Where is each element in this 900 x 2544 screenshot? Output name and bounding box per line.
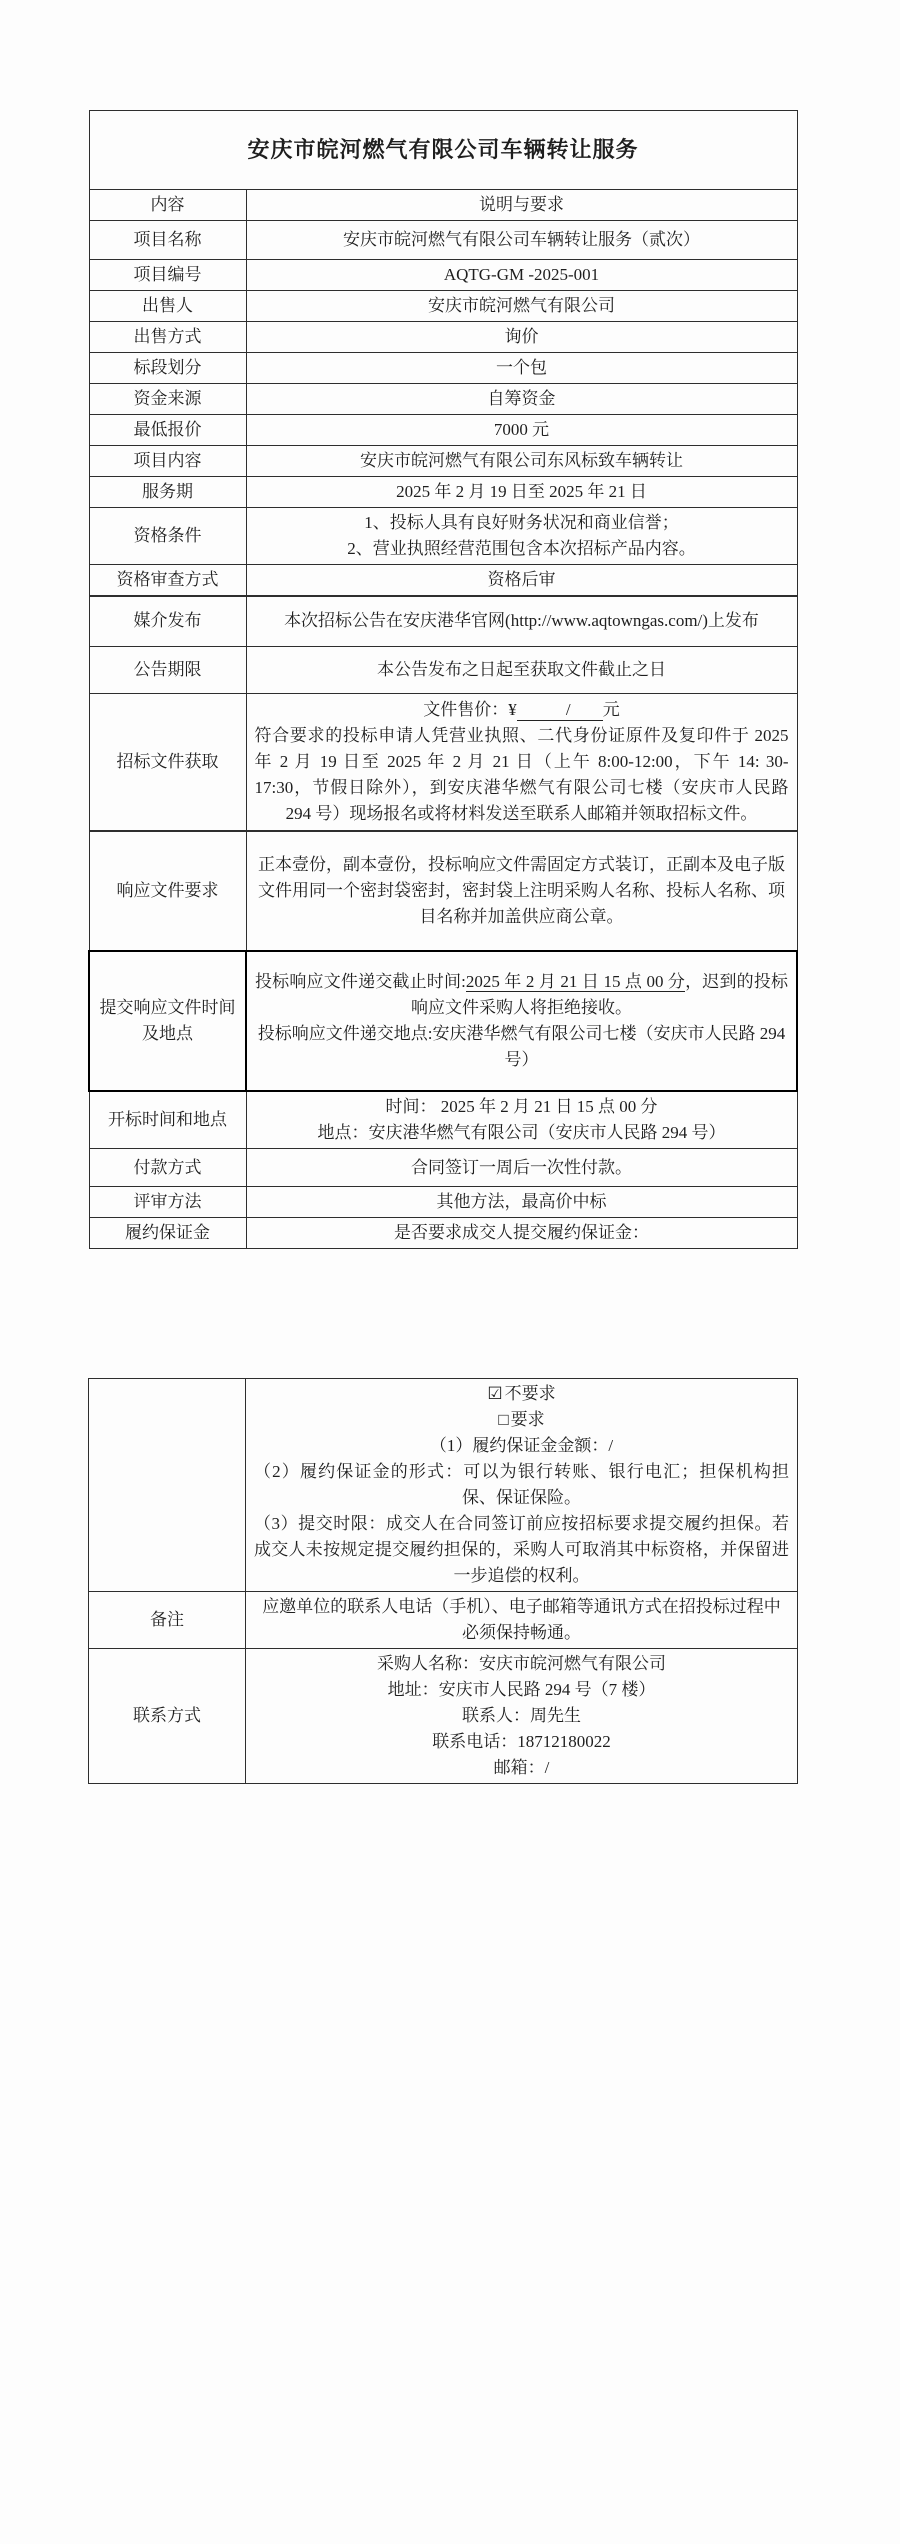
- deadline-prefix: 投标响应文件递交截止时间:: [255, 972, 466, 991]
- value-cell: 安庆市皖河燃气有限公司东风标致车辆转让: [246, 446, 797, 477]
- opening-value-cell: 时间： 2025 年 2 月 21 日 15 点 00 分 地点：安庆港华燃气有…: [246, 1091, 797, 1149]
- label-cell: 出售人: [89, 291, 246, 322]
- label-cell: 付款方式: [89, 1149, 246, 1187]
- row-notice-period: 公告期限 本公告发布之日起至获取文件截止之日: [89, 646, 797, 693]
- header-content-label: 内容: [89, 190, 246, 221]
- response-doc-paragraph: 正本壹份，副本壹份，投标响应文件需固定方式装订，正副本及电子版文件用同一个密封袋…: [246, 831, 797, 951]
- row-response-doc: 响应文件要求 正本壹份，副本壹份，投标响应文件需固定方式装订，正副本及电子版文件…: [89, 831, 797, 951]
- row-contact: 联系方式 采购人名称：安庆市皖河燃气有限公司 地址：安庆市人民路 294 号（7…: [89, 1649, 798, 1784]
- bond-not-required-option: ☑不要求: [254, 1381, 789, 1407]
- label-cell: 招标文件获取: [89, 693, 246, 831]
- label-cell: 履约保证金: [89, 1218, 246, 1249]
- value-cell: 安庆市皖河燃气有限公司: [246, 291, 797, 322]
- row-sale-method: 出售方式 询价: [89, 322, 797, 353]
- row-qualification-review: 资格审查方式 资格后审: [89, 565, 797, 597]
- publish-url-text: 本次招标公告在安庆港华官网(http://www.aqtowngas.com/)…: [246, 596, 797, 646]
- opening-location-line: 地点：安庆港华燃气有限公司（安庆市人民路 294 号）: [255, 1120, 789, 1146]
- bond-and-contact-table: ☑不要求 □要求 （1）履约保证金金额：/ （2）履约保证金的形式：可以为银行转…: [88, 1378, 798, 1784]
- label-cell: 响应文件要求: [89, 831, 246, 951]
- label-cell: 资金来源: [89, 384, 246, 415]
- label-cell: 联系方式: [89, 1649, 246, 1784]
- contact-cell: 采购人名称：安庆市皖河燃气有限公司 地址：安庆市人民路 294 号（7 楼） 联…: [246, 1649, 798, 1784]
- qualification-line-2: 2、营业执照经营范围包含本次招标产品内容。: [255, 536, 789, 562]
- deadline-underlined: 2025 年 2 月 21 日 15 点 00 分: [466, 972, 685, 992]
- label-cell: 服务期: [89, 477, 246, 508]
- file-price-suffix: 元: [603, 700, 620, 719]
- value-cell: 合同签订一周后一次性付款。: [246, 1149, 797, 1187]
- value-cell: 安庆市皖河燃气有限公司车辆转让服务（贰次）: [246, 221, 797, 260]
- row-bid-opening: 开标时间和地点 时间： 2025 年 2 月 21 日 15 点 00 分 地点…: [89, 1091, 797, 1149]
- file-price-blank: /: [517, 700, 603, 721]
- contact-email-line: 邮箱：/: [254, 1755, 789, 1781]
- row-bond-detail: ☑不要求 □要求 （1）履约保证金金额：/ （2）履约保证金的形式：可以为银行转…: [89, 1379, 798, 1592]
- value-cell: 2025 年 2 月 19 日至 2025 年 21 日: [246, 477, 797, 508]
- row-seller: 出售人 安庆市皖河燃气有限公司: [89, 291, 797, 322]
- row-payment: 付款方式 合同签订一周后一次性付款。: [89, 1149, 797, 1187]
- value-cell: AQTG-GM -2025-001: [246, 260, 797, 291]
- row-evaluation: 评审方法 其他方法，最高价中标: [89, 1187, 797, 1218]
- submission-location-line: 投标响应文件递交地点:安庆港华燃气有限公司七楼（安庆市人民路 294 号）: [255, 1021, 788, 1073]
- label-cell: 公告期限: [89, 646, 246, 693]
- value-cell: 资格后审: [246, 565, 797, 597]
- bond-detail-cell: ☑不要求 □要求 （1）履约保证金金额：/ （2）履约保证金的形式：可以为银行转…: [246, 1379, 798, 1592]
- contact-address-line: 地址：安庆市人民路 294 号（7 楼）: [254, 1677, 789, 1703]
- label-cell: 提交响应文件时间及地点: [89, 951, 246, 1091]
- label-cell: 备注: [89, 1592, 246, 1649]
- row-lot-division: 标段划分 一个包: [89, 353, 797, 384]
- label-cell: 评审方法: [89, 1187, 246, 1218]
- document-title: 安庆市皖河燃气有限公司车辆转让服务: [89, 111, 797, 190]
- row-bond: 履约保证金 是否要求成交人提交履约保证金：: [89, 1218, 797, 1249]
- title-row: 安庆市皖河燃气有限公司车辆转让服务: [89, 111, 797, 190]
- empty-label-cell: [89, 1379, 246, 1592]
- bond-item-2: （2）履约保证金的形式：可以为银行转账、银行电汇；担保机构担保、保证保险。: [254, 1459, 789, 1511]
- row-project-content: 项目内容 安庆市皖河燃气有限公司东风标致车辆转让: [89, 446, 797, 477]
- contact-phone-line: 联系电话：18712180022: [254, 1729, 789, 1755]
- row-project-number: 项目编号 AQTG-GM -2025-001: [89, 260, 797, 291]
- qualification-value-cell: 1、投标人具有良好财务状况和商业信誉； 2、营业执照经营范围包含本次招标产品内容…: [246, 508, 797, 565]
- value-cell: 询价: [246, 322, 797, 353]
- checkbox-checked-icon: ☑: [487, 1384, 502, 1403]
- file-price-prefix: 文件售价：¥: [423, 700, 517, 719]
- contact-person-line: 联系人：周先生: [254, 1703, 789, 1729]
- value-cell: 7000 元: [246, 415, 797, 446]
- value-cell: 一个包: [246, 353, 797, 384]
- label-cell: 资格审查方式: [89, 565, 246, 597]
- checkbox-unchecked-icon: □: [498, 1410, 508, 1429]
- value-cell: 自筹资金: [246, 384, 797, 415]
- row-service-period: 服务期 2025 年 2 月 19 日至 2025 年 21 日: [89, 477, 797, 508]
- submission-deadline-line: 投标响应文件递交截止时间:2025 年 2 月 21 日 15 点 00 分，迟…: [255, 969, 788, 1021]
- tender-info-table: 安庆市皖河燃气有限公司车辆转让服务 内容 说明与要求 项目名称 安庆市皖河燃气有…: [88, 110, 798, 1249]
- value-cell: 本公告发布之日起至获取文件截止之日: [246, 646, 797, 693]
- label-cell: 开标时间和地点: [89, 1091, 246, 1149]
- doc-obtain-paragraph: 符合要求的投标申请人凭营业执照、二代身份证原件及复印件于 2025 年 2 月 …: [255, 723, 789, 827]
- row-submission: 提交响应文件时间及地点 投标响应文件递交截止时间:2025 年 2 月 21 日…: [89, 951, 797, 1091]
- value-cell: 是否要求成交人提交履约保证金：: [246, 1218, 797, 1249]
- row-doc-obtain: 招标文件获取 文件售价：¥ / 元 符合要求的投标申请人凭营业执照、二代身份证原…: [89, 693, 797, 831]
- label-cell: 项目名称: [89, 221, 246, 260]
- label-cell: 资格条件: [89, 508, 246, 565]
- bond-item-1: （1）履约保证金金额：/: [254, 1433, 789, 1459]
- header-requirements-label: 说明与要求: [246, 190, 797, 221]
- label-cell: 项目编号: [89, 260, 246, 291]
- row-minimum-price: 最低报价 7000 元: [89, 415, 797, 446]
- row-funding-source: 资金来源 自筹资金: [89, 384, 797, 415]
- file-price-line: 文件售价：¥ / 元: [255, 697, 789, 723]
- opening-time-line: 时间： 2025 年 2 月 21 日 15 点 00 分: [255, 1094, 789, 1120]
- doc-obtain-value-cell: 文件售价：¥ / 元 符合要求的投标申请人凭营业执照、二代身份证原件及复印件于 …: [246, 693, 797, 831]
- label-cell: 媒介发布: [89, 596, 246, 646]
- label-cell: 项目内容: [89, 446, 246, 477]
- label-cell: 最低报价: [89, 415, 246, 446]
- bond-not-required-label: 不要求: [505, 1384, 556, 1403]
- submission-value-cell: 投标响应文件递交截止时间:2025 年 2 月 21 日 15 点 00 分，迟…: [246, 951, 797, 1091]
- bond-item-3: （3）提交时限：成交人在合同签订前应按招标要求提交履约担保。若成交人未按规定提交…: [254, 1511, 789, 1589]
- qualification-line-1: 1、投标人具有良好财务状况和商业信誉；: [255, 510, 789, 536]
- row-qualification: 资格条件 1、投标人具有良好财务状况和商业信誉； 2、营业执照经营范围包含本次招…: [89, 508, 797, 565]
- label-cell: 标段划分: [89, 353, 246, 384]
- row-remark: 备注 应邀单位的联系人电话（手机）、电子邮箱等通讯方式在招投标过程中必须保持畅通…: [89, 1592, 798, 1649]
- label-cell: 出售方式: [89, 322, 246, 353]
- contact-purchaser-line: 采购人名称：安庆市皖河燃气有限公司: [254, 1651, 789, 1677]
- row-project-name: 项目名称 安庆市皖河燃气有限公司车辆转让服务（贰次）: [89, 221, 797, 260]
- header-row: 内容 说明与要求: [89, 190, 797, 221]
- remark-text: 应邀单位的联系人电话（手机）、电子邮箱等通讯方式在招投标过程中必须保持畅通。: [246, 1592, 798, 1649]
- bond-required-option: □要求: [254, 1407, 789, 1433]
- value-cell: 其他方法，最高价中标: [246, 1187, 797, 1218]
- document-page: 安庆市皖河燃气有限公司车辆转让服务 内容 说明与要求 项目名称 安庆市皖河燃气有…: [0, 0, 900, 2544]
- bond-required-label: 要求: [511, 1410, 545, 1429]
- row-media-publish: 媒介发布 本次招标公告在安庆港华官网(http://www.aqtowngas.…: [89, 596, 797, 646]
